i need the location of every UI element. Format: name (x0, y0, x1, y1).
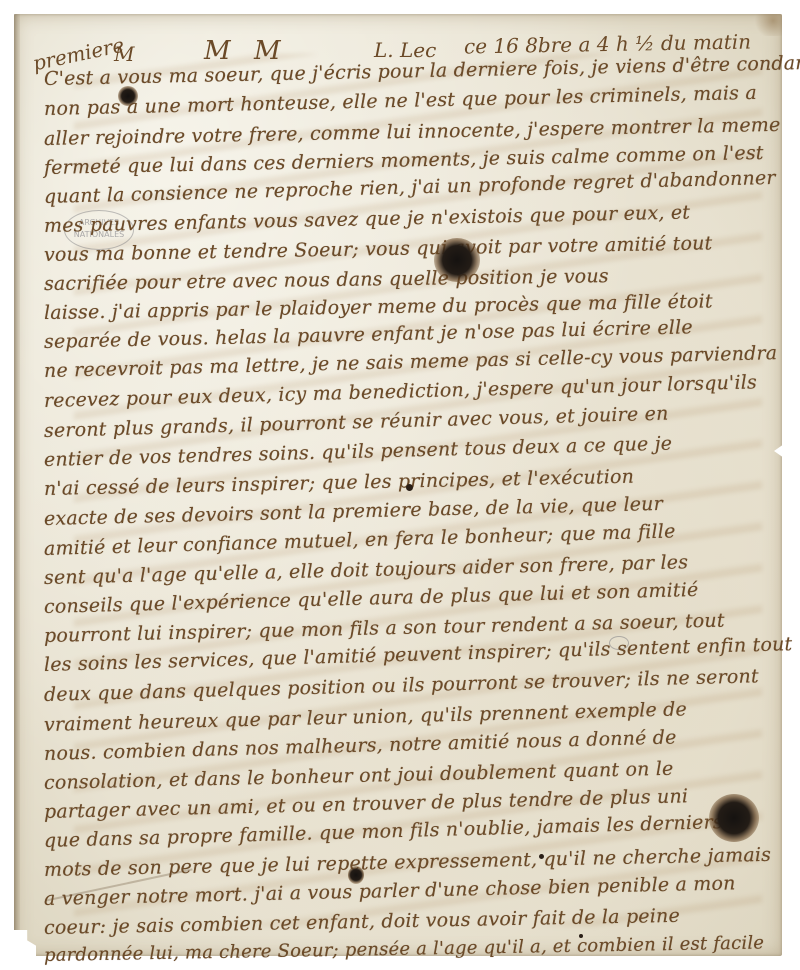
signature-mark: L. Lec (374, 38, 436, 62)
letter-sheet: ARCHIVES NATIONALES premiere M M M L. Le… (14, 14, 782, 956)
initial-mark: M (114, 42, 134, 66)
letter-line: coeur: je sais combien cet enfant, doit … (44, 905, 680, 939)
letter-line: sacrifiée pour etre avec nous dans quell… (44, 265, 609, 295)
initial-mark: M (254, 36, 281, 66)
ink-speck (406, 484, 413, 491)
letter-line: mes pauvres enfants vous savez que je n'… (44, 201, 691, 237)
torn-edge-notch (774, 444, 784, 458)
stained-corner (752, 14, 782, 36)
burn-hole (348, 866, 364, 884)
ink-speck (579, 934, 583, 938)
torn-corner (14, 930, 36, 956)
letter-line: pardonnée lui, ma chere Soeur; pensée a … (44, 932, 765, 966)
letter-line: vous ma bonne et tendre Soeur; vous qui … (44, 232, 713, 266)
burn-hole (434, 238, 480, 282)
burn-hole (118, 86, 138, 106)
ink-speck (539, 854, 544, 859)
initial-mark: M (204, 36, 231, 66)
burn-hole (709, 794, 759, 842)
